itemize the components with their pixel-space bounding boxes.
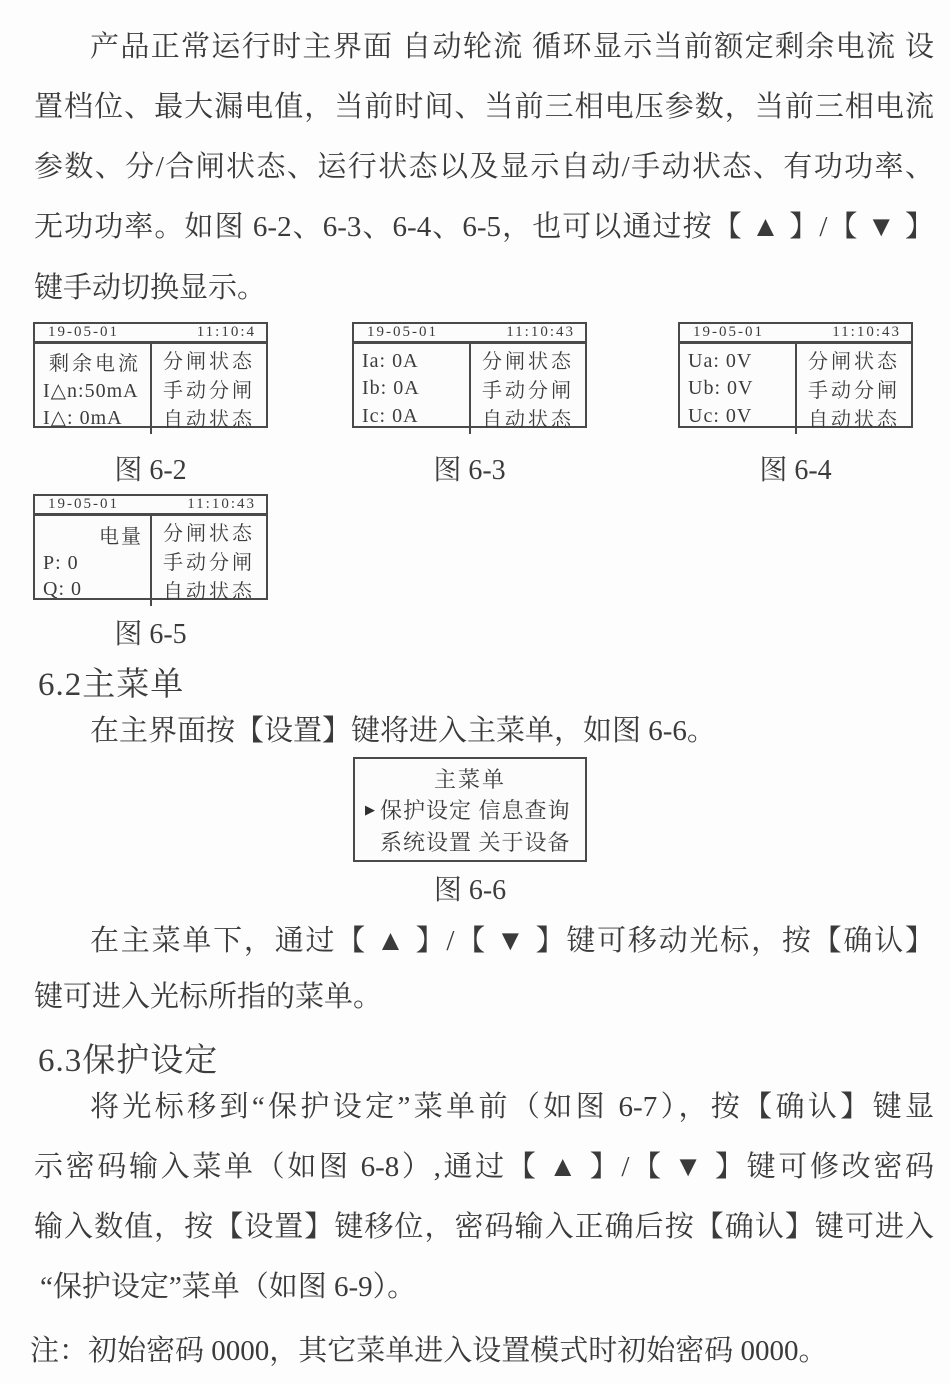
lcd-row: 自动状态 [808,403,900,432]
lcd-row: 分闸状态 [482,345,574,374]
intro-line-5: 键手动切换显示。 [34,271,934,305]
lcd-left-column: Ua: 0V Ub: 0V Uc: 0V [680,344,797,434]
lcd-body: 剩余电流 I△n:50mA I△: 0mA 分闸状态 手动分闸 自动状态 [35,344,266,434]
lcd-row: 手动分闸 [163,374,255,403]
lcd-date: 19-05-01 [693,324,764,341]
lcd-date: 19-05-01 [367,324,438,341]
lcd-screen-fig6-3: 19-05-01 11:10:43 Ia: 0A Ib: 0A Ic: 0A 分… [352,322,587,428]
lcd-row: Uc: 0V [688,405,792,428]
lcd-date: 19-05-01 [48,324,119,341]
lcd-row: Ua: 0V [688,350,792,373]
section62-paragraph: 在主界面按【设置】键将进入主菜单，如图 6-6。 [34,714,934,748]
lcd-screen-fig6-6: 主菜单 ▶ 保护设定 信息查询 系统设置 关于设备 [353,757,587,862]
lcd-row: Q: 0 [43,578,147,601]
section62-after-line-2: 键可进入光标所指的菜单。 [34,980,934,1014]
figure-caption-6-2: 图 6-2 [33,448,268,488]
figure-caption-6-6: 图 6-6 [353,868,587,908]
menu-items: 系统设置 关于设备 [380,830,571,855]
lcd-row: P: 0 [43,552,147,575]
lcd-left-column: 电量 P: 0 Q: 0 [35,516,152,606]
lcd-header: 19-05-01 11:10:43 [680,324,911,344]
lcd-row: 手动分闸 [163,546,255,575]
lcd-screen-fig6-2: 19-05-01 11:10:4 剩余电流 I△n:50mA I△: 0mA 分… [33,322,268,428]
lcd-row: Ia: 0A [362,350,466,373]
lcd-row: 分闸状态 [163,517,255,546]
lcd-screen-fig6-4: 19-05-01 11:10:43 Ua: 0V Ub: 0V Uc: 0V 分… [678,322,913,428]
lcd-time: 11:10:43 [506,324,575,341]
menu-title: 主菜单 [355,763,585,794]
manual-page: 产品正常运行时主界面 自动轮流 循环显示当前额定剩余电流 设 置档位、最大漏电值… [0,0,950,1384]
figure-caption-6-4: 图 6-4 [678,448,913,488]
lcd-row: 手动分闸 [482,374,574,403]
lcd-body: Ua: 0V Ub: 0V Uc: 0V 分闸状态 手动分闸 自动状态 [680,344,911,434]
lcd-row: 自动状态 [163,575,255,604]
menu-row-1: ▶ 保护设定 信息查询 [355,794,585,825]
lcd-right-column: 分闸状态 手动分闸 自动状态 [152,344,266,434]
lcd-row: Ub: 0V [688,377,792,400]
lcd-row: 剩余电流 [43,347,147,376]
lcd-row: 自动状态 [482,403,574,432]
lcd-time: 11:10:43 [832,324,901,341]
lcd-body: 电量 P: 0 Q: 0 分闸状态 手动分闸 自动状态 [35,516,266,606]
lcd-row: I△n:50mA [43,378,147,403]
cursor-arrow-icon: ▶ [365,802,376,818]
section-heading-6-3: 6.3保护设定 [38,1034,218,1081]
lcd-right-column: 分闸状态 手动分闸 自动状态 [152,516,266,606]
lcd-header: 19-05-01 11:10:4 [35,324,266,344]
note-text: 注：初始密码 0000，其它菜单进入设置模式时初始密码 0000。 [30,1328,934,1369]
figure-caption-6-5: 图 6-5 [33,612,268,652]
lcd-row: 分闸状态 [163,345,255,374]
lcd-row: 手动分闸 [808,374,900,403]
lcd-header: 19-05-01 11:10:43 [354,324,585,344]
lcd-right-column: 分闸状态 手动分闸 自动状态 [797,344,911,434]
intro-line-2: 置档位、最大漏电值，当前时间、当前三相电压参数，当前三相电流 [34,90,934,124]
section-heading-6-2: 6.2主菜单 [38,658,184,705]
lcd-time: 11:10:43 [187,496,256,513]
intro-line-3: 参数、分/合闸状态、运行状态以及显示自动/手动状态、有功功率、 [34,150,934,184]
lcd-right-column: 分闸状态 手动分闸 自动状态 [471,344,585,434]
lcd-left-column: Ia: 0A Ib: 0A Ic: 0A [354,344,471,434]
section63-line-3: 输入数值，按【设置】键移位，密码输入正确后按【确认】键可进入 [34,1210,934,1244]
section63-line-2: 示密码输入菜单（如图 6-8）,通过【 ▲ 】/【 ▼ 】键可修改密码 [34,1150,934,1184]
section62-after-line-1: 在主菜单下，通过【 ▲ 】/【 ▼ 】键可移动光标，按【确认】 [34,924,934,958]
lcd-row: 分闸状态 [808,345,900,374]
lcd-row: Ib: 0A [362,377,466,400]
lcd-body: Ia: 0A Ib: 0A Ic: 0A 分闸状态 手动分闸 自动状态 [354,344,585,434]
intro-line-4: 无功功率。如图 6-2、6-3、6-4、6-5，也可以通过按【 ▲ 】/【 ▼ … [34,210,934,244]
menu-items: 保护设定 信息查询 [380,798,571,823]
lcd-row: 自动状态 [163,403,255,432]
lcd-row: Ic: 0A [362,405,466,428]
intro-line-1: 产品正常运行时主界面 自动轮流 循环显示当前额定剩余电流 设 [34,30,934,64]
section63-line-4: “保护设定”菜单（如图 6-9）。 [40,1270,934,1304]
menu-row-2: 系统设置 关于设备 [355,826,585,857]
figure-caption-6-3: 图 6-3 [352,448,587,488]
lcd-screen-fig6-5: 19-05-01 11:10:43 电量 P: 0 Q: 0 分闸状态 手动分闸… [33,494,268,600]
section63-line-1: 将光标移到“保护设定”菜单前（如图 6-7），按【确认】键显 [34,1090,934,1124]
lcd-header: 19-05-01 11:10:43 [35,496,266,516]
lcd-row: 电量 [43,520,147,549]
lcd-left-column: 剩余电流 I△n:50mA I△: 0mA [35,344,152,434]
lcd-row: I△: 0mA [43,405,147,430]
lcd-time: 11:10:4 [197,324,256,341]
lcd-date: 19-05-01 [48,496,119,513]
